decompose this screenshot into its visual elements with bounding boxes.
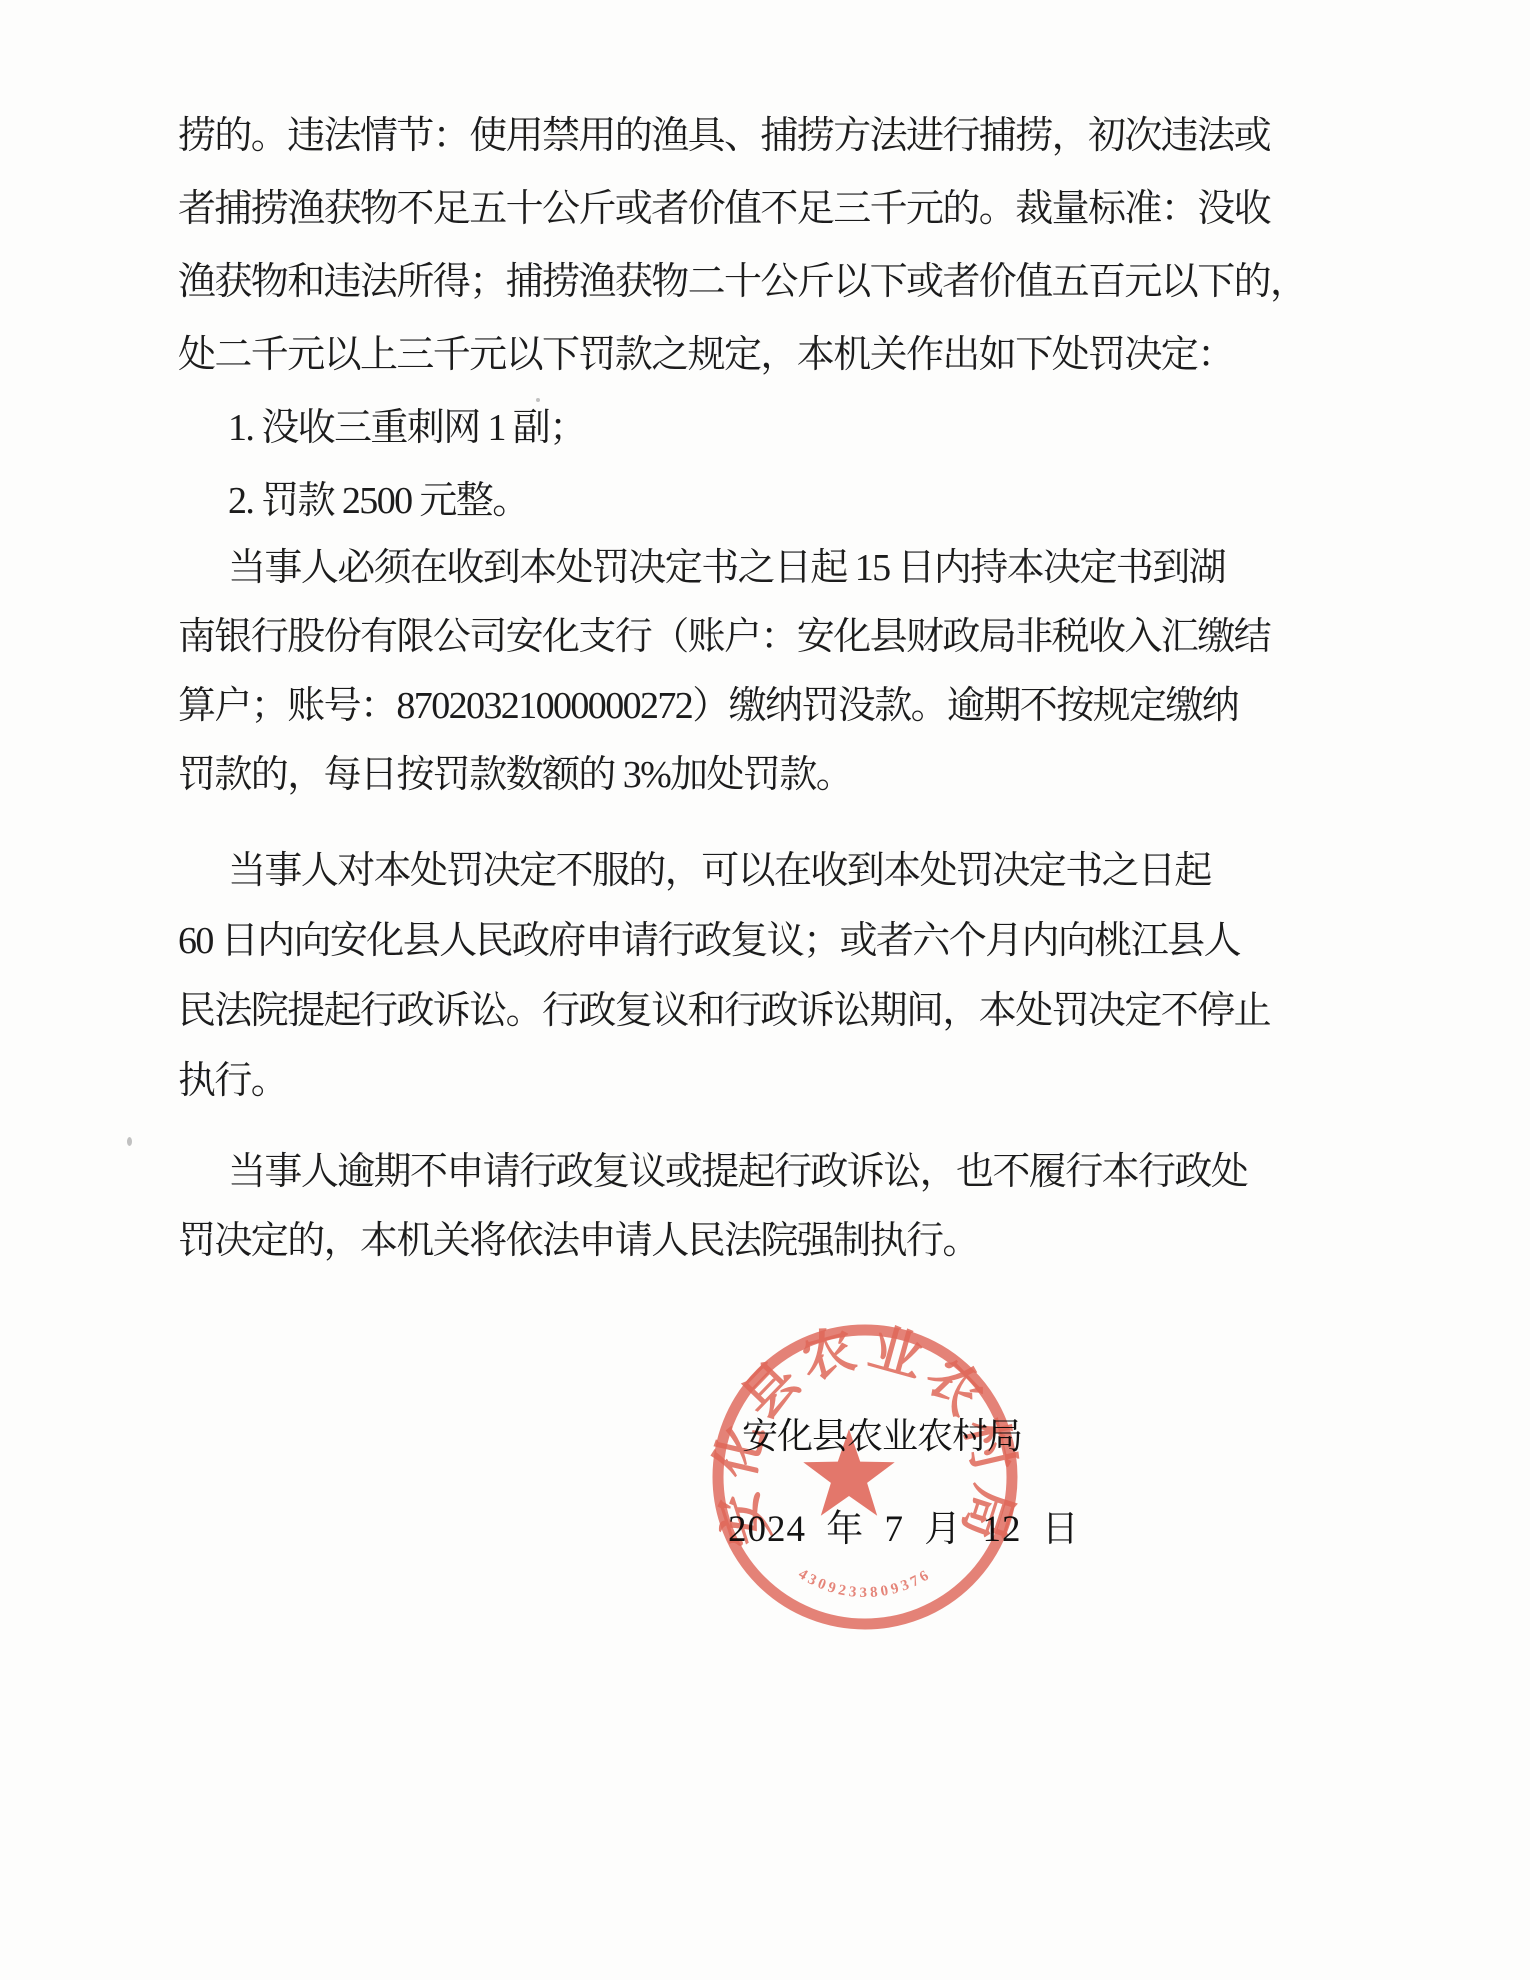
body-line: 60 日内向安化县人民政府申请行政复议；或者六个月内向桃江县人 — [178, 906, 1318, 976]
paragraph-appeal-rights: 当事人对本处罚决定不服的，可以在收到本处罚决定书之日起 60 日内向安化县人民政… — [178, 836, 1318, 1116]
body-line: 算户；账号：87020321000000272）缴纳罚没款。逾期不按规定缴纳 — [178, 672, 1318, 741]
body-line: 南银行股份有限公司安化支行（账户：安化县财政局非税收入汇缴结 — [178, 603, 1318, 672]
body-line: 捞的。违法情节：使用禁用的渔具、捕捞方法进行捕捞，初次违法或 — [178, 100, 1318, 173]
body-line: 罚款的，每日按罚款数额的 3%加处罚款。 — [178, 741, 1318, 810]
body-line: 者捕捞渔获物不足五十公斤或者价值不足三千元的。裁量标准：没收 — [178, 173, 1318, 246]
body-line: 罚决定的，本机关将依法申请人民法院强制执行。 — [178, 1207, 1318, 1276]
scan-speck — [536, 398, 540, 402]
body-line: 当事人对本处罚决定不服的，可以在收到本处罚决定书之日起 — [178, 836, 1318, 906]
body-line: 渔获物和违法所得；捕捞渔获物二十公斤以下或者价值五百元以下的， — [178, 246, 1318, 319]
body-line: 执行。 — [178, 1046, 1318, 1116]
paragraph-enforcement: 当事人逾期不申请行政复议或提起行政诉讼，也不履行本行政处 罚决定的，本机关将依法… — [178, 1138, 1318, 1276]
scan-speck — [127, 1137, 132, 1146]
paragraph-payment-instructions: 当事人必须在收到本处罚决定书之日起 15 日内持本决定书到湖 南银行股份有限公司… — [178, 534, 1318, 810]
penalty-item-2: 2. 罚款 2500 元整。 — [178, 465, 1318, 538]
scanned-penalty-decision-page: 捞的。违法情节：使用禁用的渔具、捕捞方法进行捕捞，初次违法或 者捕捞渔获物不足五… — [0, 0, 1530, 1980]
official-seal-stamp: 安化县农业农村局 4309233809376 — [700, 1315, 1030, 1655]
star-icon — [803, 1429, 894, 1516]
body-line: 当事人必须在收到本处罚决定书之日起 15 日内持本决定书到湖 — [178, 534, 1318, 603]
body-line: 当事人逾期不申请行政复议或提起行政诉讼，也不履行本行政处 — [178, 1138, 1318, 1207]
paragraph-penalty-basis: 捞的。违法情节：使用禁用的渔具、捕捞方法进行捕捞，初次违法或 者捕捞渔获物不足五… — [178, 100, 1318, 538]
seal-code-text: 4309233809376 — [795, 1566, 934, 1601]
seal-ring-text: 安化县农业农村局 — [705, 1318, 1023, 1553]
body-line: 民法院提起行政诉讼。行政复议和行政诉讼期间，本处罚决定不停止 — [178, 976, 1318, 1046]
body-line: 处二千元以上三千元以下罚款之规定，本机关作出如下处罚决定： — [178, 319, 1318, 392]
penalty-item-1: 1. 没收三重刺网 1 副； — [178, 392, 1318, 465]
